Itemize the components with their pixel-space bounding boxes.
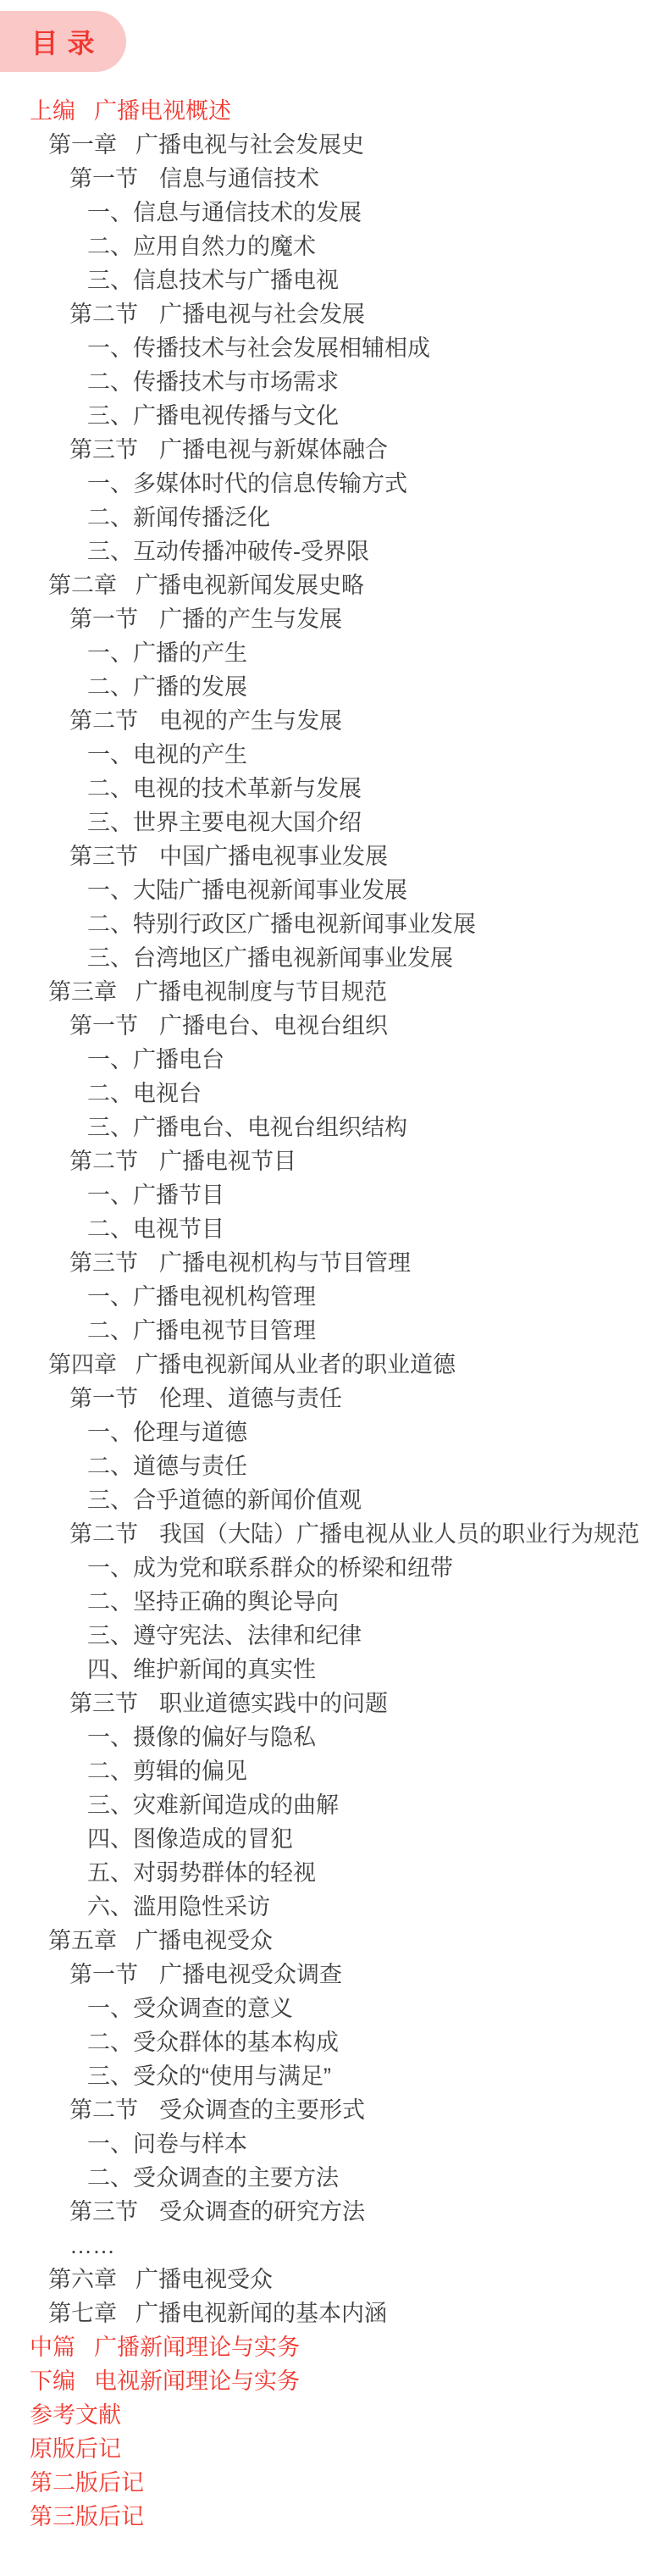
toc-entry: 五、对弱势群体的轻视 — [0, 1856, 669, 1890]
toc-entry: 二、电视节目 — [0, 1212, 669, 1246]
toc-entry-title: 广播电视与社会发展史 — [135, 128, 364, 162]
toc-entry-label: 第二章 — [48, 568, 117, 602]
toc-entry-title: 五、对弱势群体的轻视 — [87, 1856, 316, 1890]
toc-entry: 二、广播的发展 — [0, 670, 669, 704]
toc-entry-title: 广播电视概述 — [94, 94, 231, 128]
toc-entry-title: 广播电视受众 — [135, 1924, 273, 1958]
toc-entry-title: 参考文献 — [30, 2398, 121, 2432]
toc-entry: 三、受众的“使用与满足” — [0, 2059, 669, 2093]
toc-entry-label: 第七章 — [48, 2296, 117, 2330]
toc-entry: 一、问卷与样本 — [0, 2127, 669, 2161]
toc-entry-title: 四、维护新闻的真实性 — [87, 1653, 316, 1687]
toc-entry-title: 三、受众的“使用与满足” — [87, 2059, 331, 2093]
toc-entry: 第三节中国广播电视事业发展 — [0, 839, 669, 873]
toc-entry: 二、受众调查的主要方法 — [0, 2161, 669, 2195]
toc-entry: 第二节受众调查的主要形式 — [0, 2093, 669, 2127]
toc-entry-title: 一、多媒体时代的信息传输方式 — [87, 467, 407, 501]
toc-entry-title: 广播的产生与发展 — [159, 602, 342, 636]
toc-header-badge: 目 录 — [0, 11, 126, 72]
toc-entry-title: 三、信息技术与广播电视 — [87, 263, 339, 297]
toc-entry-title: 四、图像造成的冒犯 — [87, 1822, 293, 1856]
toc-entry-title: 广播电视机构与节目管理 — [159, 1246, 411, 1280]
toc-entry: 一、广播节目 — [0, 1178, 669, 1212]
toc-entry-label: 第五章 — [48, 1924, 117, 1958]
toc-entry-title: 二、电视台 — [87, 1077, 202, 1111]
toc-entry-label: 第二节 — [69, 297, 138, 331]
toc-entry: 一、摄像的偏好与隐私 — [0, 1720, 669, 1754]
toc-entry: 第三节受众调查的研究方法 — [0, 2195, 669, 2229]
toc-entry-title: 广播电视新闻发展史略 — [135, 568, 364, 602]
toc-entry-title: 三、广播电台、电视台组织结构 — [87, 1111, 407, 1144]
toc-entry: 二、剪辑的偏见 — [0, 1754, 669, 1788]
toc-entry-title: 一、广播电视机构管理 — [87, 1280, 316, 1314]
toc-entry: 第二节广播电视与社会发展 — [0, 297, 669, 331]
toc-entry-title: 二、应用自然力的魔术 — [87, 230, 316, 263]
toc-entry: 三、世界主要电视大国介绍 — [0, 806, 669, 839]
toc-entry-label: 第三节 — [69, 839, 138, 873]
toc-entry: 第一节广播电台、电视台组织 — [0, 1009, 669, 1043]
toc-entry-title: 广播电视节目 — [159, 1144, 296, 1178]
toc-entry: 二、新闻传播泛化 — [0, 501, 669, 535]
toc-entry-title: 受众调查的研究方法 — [159, 2195, 365, 2229]
toc-entry: 一、传播技术与社会发展相辅相成 — [0, 331, 669, 365]
toc-entry: 第一节伦理、道德与责任 — [0, 1382, 669, 1415]
toc-entry: 第七章广播电视新闻的基本内涵 — [0, 2296, 669, 2330]
toc-entry-label: 第三节 — [69, 1246, 138, 1280]
toc-entry: 第五章广播电视受众 — [0, 1924, 669, 1958]
toc-entry-label: 中篇 — [30, 2330, 75, 2364]
toc-entry: 二、受众群体的基本构成 — [0, 2025, 669, 2059]
toc-entry-title: 六、滥用隐性采访 — [87, 1890, 270, 1924]
toc-entry: 第二章广播电视新闻发展史略 — [0, 568, 669, 602]
toc-entry: 一、成为党和联系群众的桥梁和纽带 — [0, 1551, 669, 1585]
toc-entry-part: 上编广播电视概述 — [0, 94, 669, 128]
toc-entry-title: 二、广播的发展 — [87, 670, 247, 704]
toc-entry: 二、应用自然力的魔术 — [0, 230, 669, 263]
toc-entry-title: 中国广播电视事业发展 — [159, 839, 388, 873]
toc-entry-label: 第三节 — [69, 433, 138, 467]
toc-entry: 二、电视的技术革新与发展 — [0, 772, 669, 806]
toc-entry-title: 一、信息与通信技术的发展 — [87, 196, 362, 230]
toc-entry-part: 下编电视新闻理论与实务 — [0, 2364, 669, 2398]
toc-entry-label: 第三章 — [48, 975, 117, 1009]
toc-entry-title: 广播电视制度与节目规范 — [135, 975, 387, 1009]
toc-entry-title: 一、大陆广播电视新闻事业发展 — [87, 873, 407, 907]
toc-entry-title: 三、互动传播冲破传-受界限 — [87, 535, 369, 568]
toc-entry-title: 二、坚持正确的舆论导向 — [87, 1585, 339, 1619]
toc-entry-part: 原版后记 — [0, 2432, 669, 2466]
toc-entry-title: 广播电视受众调查 — [159, 1958, 342, 1992]
toc-entry-title: 二、受众调查的主要方法 — [87, 2161, 339, 2195]
toc-entry: 四、维护新闻的真实性 — [0, 1653, 669, 1687]
toc-entry: 三、遵守宪法、法律和纪律 — [0, 1619, 669, 1653]
toc-entry: 二、传播技术与市场需求 — [0, 365, 669, 399]
toc-entry: 二、特别行政区广播电视新闻事业发展 — [0, 907, 669, 941]
toc-entry-label: 下编 — [30, 2364, 75, 2398]
toc-entry-title: 三、遵守宪法、法律和纪律 — [87, 1619, 362, 1653]
toc-entry: 二、电视台 — [0, 1077, 669, 1111]
toc-entry-title: 二、电视节目 — [87, 1212, 224, 1246]
toc-entry: 一、电视的产生 — [0, 738, 669, 772]
toc-entry-label: 第四章 — [48, 1348, 117, 1382]
toc-entry: 第二节广播电视节目 — [0, 1144, 669, 1178]
toc-entry-part: 参考文献 — [0, 2398, 669, 2432]
toc-entry-title: 一、广播电台 — [87, 1043, 224, 1077]
toc-entry-label: 第一节 — [69, 1958, 138, 1992]
toc-entry-title: 原版后记 — [30, 2432, 121, 2466]
toc-entry-label: 第三节 — [69, 2195, 138, 2229]
toc-entry-title: 二、新闻传播泛化 — [87, 501, 270, 535]
toc-entry-title: 我国（大陆）广播电视从业人员的职业行为规范 — [159, 1517, 639, 1551]
toc-entry: 三、广播电台、电视台组织结构 — [0, 1111, 669, 1144]
toc-entry: 第二节电视的产生与发展 — [0, 704, 669, 738]
toc-entry-title: 职业道德实践中的问题 — [159, 1687, 388, 1720]
toc-entry: 第三节职业道德实践中的问题 — [0, 1687, 669, 1720]
toc-entry-part: 第二版后记 — [0, 2466, 669, 2500]
toc-page: 目 录 上编广播电视概述第一章广播电视与社会发展史第一节信息与通信技术一、信息与… — [0, 0, 669, 2576]
toc-entry: 一、广播的产生 — [0, 636, 669, 670]
toc-entry: 第一章广播电视与社会发展史 — [0, 128, 669, 162]
toc-entry-title: 三、广播电视传播与文化 — [87, 399, 339, 433]
toc-entry-label: 第二节 — [69, 1517, 138, 1551]
toc-entry: 第三章广播电视制度与节目规范 — [0, 975, 669, 1009]
toc-entry: 一、广播电视机构管理 — [0, 1280, 669, 1314]
toc-entry-label: 第二节 — [69, 1144, 138, 1178]
toc-entry-title: 伦理、道德与责任 — [159, 1382, 342, 1415]
toc-entry-part: 中篇广播新闻理论与实务 — [0, 2330, 669, 2364]
toc-entry-title: 三、世界主要电视大国介绍 — [87, 806, 362, 839]
toc-entry: 一、多媒体时代的信息传输方式 — [0, 467, 669, 501]
toc-entry: 第三节广播电视与新媒体融合 — [0, 433, 669, 467]
toc-entry: 二、道德与责任 — [0, 1449, 669, 1483]
toc-entry-label: 上编 — [30, 94, 75, 128]
toc-entry-label: 第一节 — [69, 602, 138, 636]
toc-entry: 一、信息与通信技术的发展 — [0, 196, 669, 230]
toc-entry: 第一节广播的产生与发展 — [0, 602, 669, 636]
toc-entry-title: 一、电视的产生 — [87, 738, 247, 772]
toc-entry: 第三节广播电视机构与节目管理 — [0, 1246, 669, 1280]
toc-entry-title: 第三版后记 — [30, 2500, 144, 2534]
toc-entry-title: 三、灾难新闻造成的曲解 — [87, 1788, 339, 1822]
toc-entry-title: 二、道德与责任 — [87, 1449, 247, 1483]
toc-entry: 二、坚持正确的舆论导向 — [0, 1585, 669, 1619]
toc-list: 上编广播电视概述第一章广播电视与社会发展史第一节信息与通信技术一、信息与通信技术… — [0, 94, 669, 2534]
toc-entry-title: 广播电台、电视台组织 — [159, 1009, 388, 1043]
toc-entry-title: 广播电视与社会发展 — [159, 297, 365, 331]
toc-entry-title: 广播电视新闻的基本内涵 — [135, 2296, 387, 2330]
toc-entry-title: 一、广播节目 — [87, 1178, 224, 1212]
toc-entry-label: 第六章 — [48, 2263, 117, 2296]
toc-entry: 第一节信息与通信技术 — [0, 162, 669, 196]
toc-entry: 三、灾难新闻造成的曲解 — [0, 1788, 669, 1822]
toc-header-label: 目 录 — [31, 22, 96, 61]
toc-entry-title: 一、传播技术与社会发展相辅相成 — [87, 331, 430, 365]
toc-entry-title: 二、特别行政区广播电视新闻事业发展 — [87, 907, 476, 941]
toc-entry: 四、图像造成的冒犯 — [0, 1822, 669, 1856]
toc-entry-title: 电视新闻理论与实务 — [94, 2364, 300, 2398]
toc-entry-title: 二、电视的技术革新与发展 — [87, 772, 362, 806]
toc-entry-label: 第一节 — [69, 162, 138, 196]
toc-entry: 三、广播电视传播与文化 — [0, 399, 669, 433]
toc-entry-title: 一、问卷与样本 — [87, 2127, 247, 2161]
toc-entry: 三、互动传播冲破传-受界限 — [0, 535, 669, 568]
toc-entry-label: 第一章 — [48, 128, 117, 162]
toc-entry-title: 一、受众调查的意义 — [87, 1992, 293, 2025]
toc-entry-title: 一、广播的产生 — [87, 636, 247, 670]
toc-entry-title: …… — [69, 2229, 115, 2263]
toc-entry-label: 第三节 — [69, 1687, 138, 1720]
toc-entry: 一、广播电台 — [0, 1043, 669, 1077]
toc-entry: …… — [0, 2229, 669, 2263]
toc-entry: 第二节我国（大陆）广播电视从业人员的职业行为规范 — [0, 1517, 669, 1551]
toc-entry: 第一节广播电视受众调查 — [0, 1958, 669, 1992]
toc-entry-title: 三、台湾地区广播电视新闻事业发展 — [87, 941, 453, 975]
toc-entry: 一、受众调查的意义 — [0, 1992, 669, 2025]
toc-entry: 三、合乎道德的新闻价值观 — [0, 1483, 669, 1517]
toc-entry-label: 第一节 — [69, 1382, 138, 1415]
toc-entry-part: 第三版后记 — [0, 2500, 669, 2534]
toc-entry-title: 二、传播技术与市场需求 — [87, 365, 339, 399]
toc-entry-title: 受众调查的主要形式 — [159, 2093, 365, 2127]
toc-entry-title: 三、合乎道德的新闻价值观 — [87, 1483, 362, 1517]
toc-entry: 三、信息技术与广播电视 — [0, 263, 669, 297]
toc-entry-label: 第二节 — [69, 704, 138, 738]
toc-entry: 一、大陆广播电视新闻事业发展 — [0, 873, 669, 907]
toc-entry-title: 一、伦理与道德 — [87, 1415, 247, 1449]
toc-entry: 二、广播电视节目管理 — [0, 1314, 669, 1348]
toc-entry-title: 二、广播电视节目管理 — [87, 1314, 316, 1348]
toc-entry: 第六章广播电视受众 — [0, 2263, 669, 2296]
toc-entry: 六、滥用隐性采访 — [0, 1890, 669, 1924]
toc-entry-title: 二、受众群体的基本构成 — [87, 2025, 339, 2059]
toc-entry-label: 第一节 — [69, 1009, 138, 1043]
toc-entry-title: 第二版后记 — [30, 2466, 144, 2500]
toc-entry-title: 广播电视受众 — [135, 2263, 273, 2296]
toc-entry: 一、伦理与道德 — [0, 1415, 669, 1449]
toc-entry-title: 一、摄像的偏好与隐私 — [87, 1720, 316, 1754]
toc-entry-title: 广播电视与新媒体融合 — [159, 433, 388, 467]
toc-entry-title: 二、剪辑的偏见 — [87, 1754, 247, 1788]
toc-entry-title: 电视的产生与发展 — [159, 704, 342, 738]
toc-entry: 三、台湾地区广播电视新闻事业发展 — [0, 941, 669, 975]
toc-entry-label: 第二节 — [69, 2093, 138, 2127]
toc-entry-title: 一、成为党和联系群众的桥梁和纽带 — [87, 1551, 453, 1585]
toc-entry-title: 广播电视新闻从业者的职业道德 — [135, 1348, 456, 1382]
toc-entry-title: 信息与通信技术 — [159, 162, 319, 196]
toc-entry-title: 广播新闻理论与实务 — [94, 2330, 300, 2364]
toc-entry: 第四章广播电视新闻从业者的职业道德 — [0, 1348, 669, 1382]
